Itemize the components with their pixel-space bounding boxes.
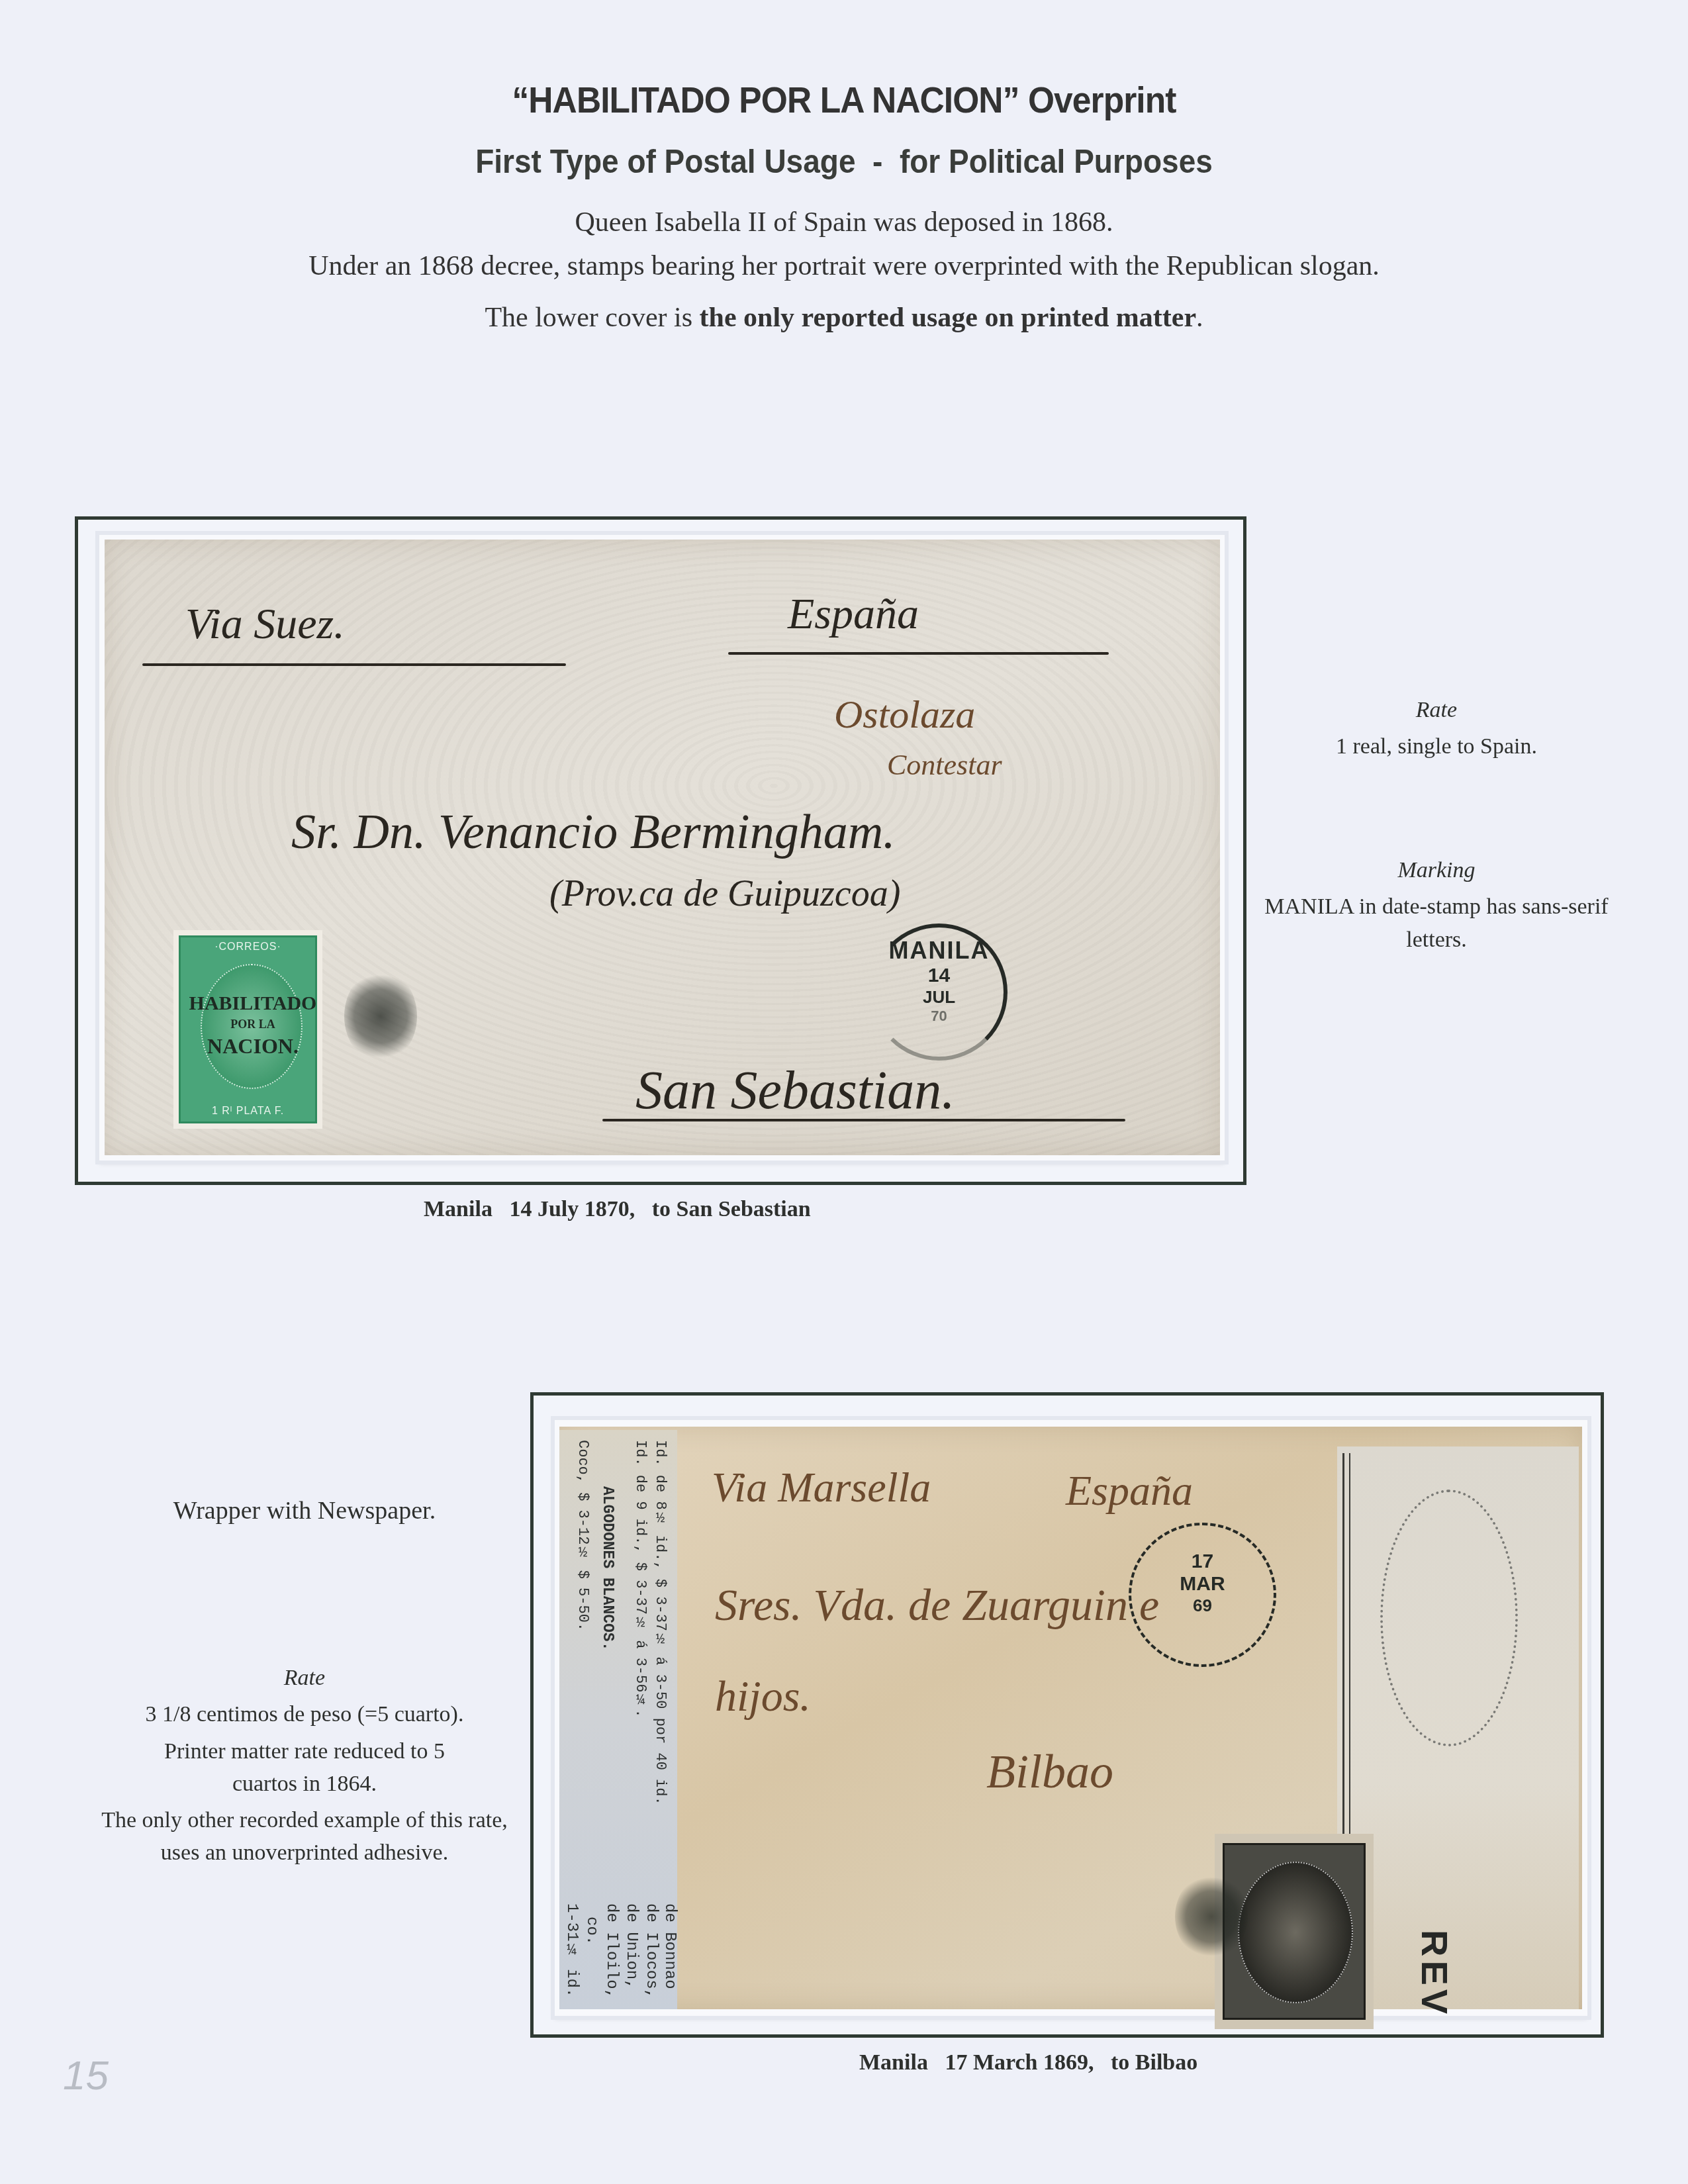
- marking-note: Marking MANILA in date-stamp has sans-se…: [1244, 854, 1628, 960]
- queen-portrait-icon: [1238, 1862, 1353, 2003]
- newspaper-line: Id. de 9 id., $ 3-37½ á 3-56¼.: [632, 1440, 649, 1718]
- rate-note-upper: Rate 1 real, single to Spain.: [1264, 694, 1609, 767]
- marking-text: MANILA in date-stamp has sans-serif lett…: [1244, 890, 1628, 956]
- page-subtitle: First Type of Postal Usage - for Politic…: [68, 142, 1620, 181]
- newspaper-line: 1-31¼ id.: [563, 1903, 581, 1997]
- underline: [728, 652, 1109, 655]
- handwriting-route: Via Suez.: [185, 599, 345, 649]
- intro-prefix: The lower cover is: [485, 303, 699, 333]
- datestamp-manila: MANILA 14 JUL 70: [870, 924, 1008, 1061]
- datestamp-year: 69: [1131, 1595, 1274, 1616]
- newspaper-line: de Bonnao: [661, 1903, 679, 1989]
- intro-suffix: .: [1196, 303, 1203, 333]
- newspaper-line: Coco, $ 3-12½ $ 5-50.: [575, 1440, 591, 1631]
- rate-text: 3 1/8 centimos de peso (=5 cuarto).: [79, 1698, 530, 1731]
- datestamp-month: MAR: [1131, 1573, 1274, 1595]
- newspaper-line: de Iloilo,: [602, 1903, 620, 1999]
- handwriting-signature: Ostolaza: [834, 692, 975, 737]
- intro-emphasis: the only reported usage on printed matte…: [700, 303, 1196, 333]
- overprint-line: NACION.: [177, 1035, 329, 1057]
- wrapper-label: Wrapper with Newspaper.: [79, 1493, 530, 1529]
- newspaper-line: de Union,: [622, 1903, 640, 1989]
- handwriting-addressee: Sres. Vda. de Zuarguin e: [715, 1579, 1159, 1631]
- intro-line: Queen Isabella II of Spain was deposed i…: [0, 207, 1688, 238]
- overprint-line: HABILITADO: [177, 994, 329, 1014]
- underline: [602, 1119, 1125, 1121]
- printed-rule: [1349, 1453, 1350, 1877]
- cancel-mark-icon: [1175, 1874, 1248, 1960]
- handwriting-signature-note: Contestar: [887, 748, 1002, 782]
- rate-heading: Rate: [1416, 698, 1457, 722]
- handwriting-city: Bilbao: [986, 1744, 1113, 1799]
- handwriting-country: España: [788, 589, 919, 640]
- newspaper-line: Id. de 8½ id., $ 3-37½ á 3-50 por 40 id.: [652, 1440, 669, 1805]
- rate-reduction-text: Printer matter rate reduced to 5 cuartos…: [79, 1735, 530, 1801]
- handwriting-province: (Prov.ca de Guipuzcoa): [549, 873, 900, 915]
- other-example-text: The only other recorded example of this …: [79, 1804, 530, 1870]
- cancel-mark-icon: [344, 970, 417, 1063]
- datestamp-month: JUL: [874, 987, 1004, 1008]
- newspaper-line: co.: [583, 1917, 600, 1945]
- handwriting-city: San Sebastian.: [635, 1059, 955, 1121]
- handwriting-addressee: hijos.: [715, 1672, 811, 1722]
- newspaper-heading: ALGODONES BLANCOS.: [599, 1486, 616, 1650]
- stamp-bottom-label: 1 Rˡ PLATA F.: [181, 1106, 315, 1117]
- embossed-oval-icon: [1380, 1490, 1518, 1746]
- underline: [142, 663, 566, 666]
- printed-rule: [1342, 1453, 1344, 1877]
- newspaper-line: de Ilocos,: [642, 1903, 660, 1999]
- cover-caption-lower: Manila 17 March 1869, to Bilbao: [859, 2050, 1197, 2075]
- stamp-1-real-green-overprinted: ·CORREOS· HABILITADO POR LA NACION. 1 Rˡ…: [173, 930, 322, 1129]
- datestamp-day: 14: [874, 965, 1004, 987]
- intro-line: Under an 1868 decree, stamps bearing her…: [0, 250, 1688, 282]
- page-title: “HABILITADO POR LA NACION” Overprint: [68, 78, 1620, 121]
- printed-side-text: REV: [1413, 1930, 1456, 2018]
- handwriting-country: España: [1066, 1466, 1193, 1515]
- datestamp-town: MANILA: [874, 937, 1004, 965]
- marking-heading: Marking: [1397, 858, 1475, 882]
- datestamp-year: 70: [874, 1008, 1004, 1025]
- page-number: 15: [63, 2052, 109, 2099]
- rate-heading: Rate: [284, 1666, 325, 1690]
- handwriting-route: Via Marsella: [712, 1463, 931, 1512]
- datestamp-day: 17: [1131, 1550, 1274, 1573]
- datestamp-manila: 17 MAR 69: [1129, 1523, 1276, 1667]
- rate-text: 1 real, single to Spain.: [1264, 730, 1609, 763]
- rate-note-lower: Rate 3 1/8 centimos de peso (=5 cuarto).…: [79, 1662, 530, 1874]
- handwriting-addressee: Sr. Dn. Venancio Bermingham.: [291, 804, 896, 861]
- intro-line: The lower cover is the only reported usa…: [0, 302, 1688, 334]
- cover-caption-upper: Manila 14 July 1870, to San Sebastian: [424, 1197, 811, 1222]
- stamp-top-label: ·CORREOS·: [181, 941, 315, 953]
- overprint-line: POR LA: [177, 1018, 329, 1030]
